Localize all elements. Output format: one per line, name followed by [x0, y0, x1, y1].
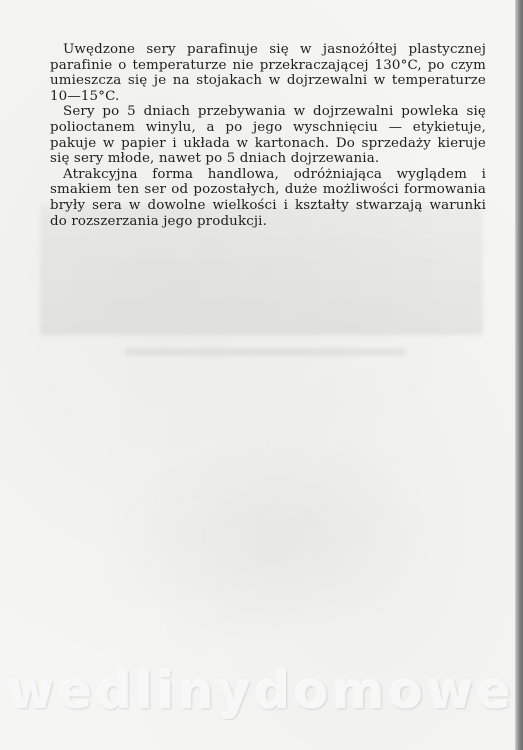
- bleed-through-illustration: [110, 430, 440, 650]
- body-text: Uwędzone sery parafinuje się w jasnożółt…: [50, 42, 486, 229]
- scanned-page: Uwędzone sery parafinuje się w jasnożółt…: [0, 0, 516, 750]
- page-edge-shadow: [515, 0, 523, 750]
- paragraph-commercial-form: Atrakcyjna forma handlowa, odróżniająca …: [50, 167, 486, 229]
- paragraph-smoking-paraffin: Uwędzone sery parafinuje się w jasnożółt…: [50, 42, 486, 104]
- paragraph-ripening-packaging: Sery po 5 dniach przebywania w dojrzewal…: [50, 104, 486, 166]
- watermark: wedlinydomowe.pl: [8, 662, 518, 720]
- bleed-through-caption: [125, 348, 405, 356]
